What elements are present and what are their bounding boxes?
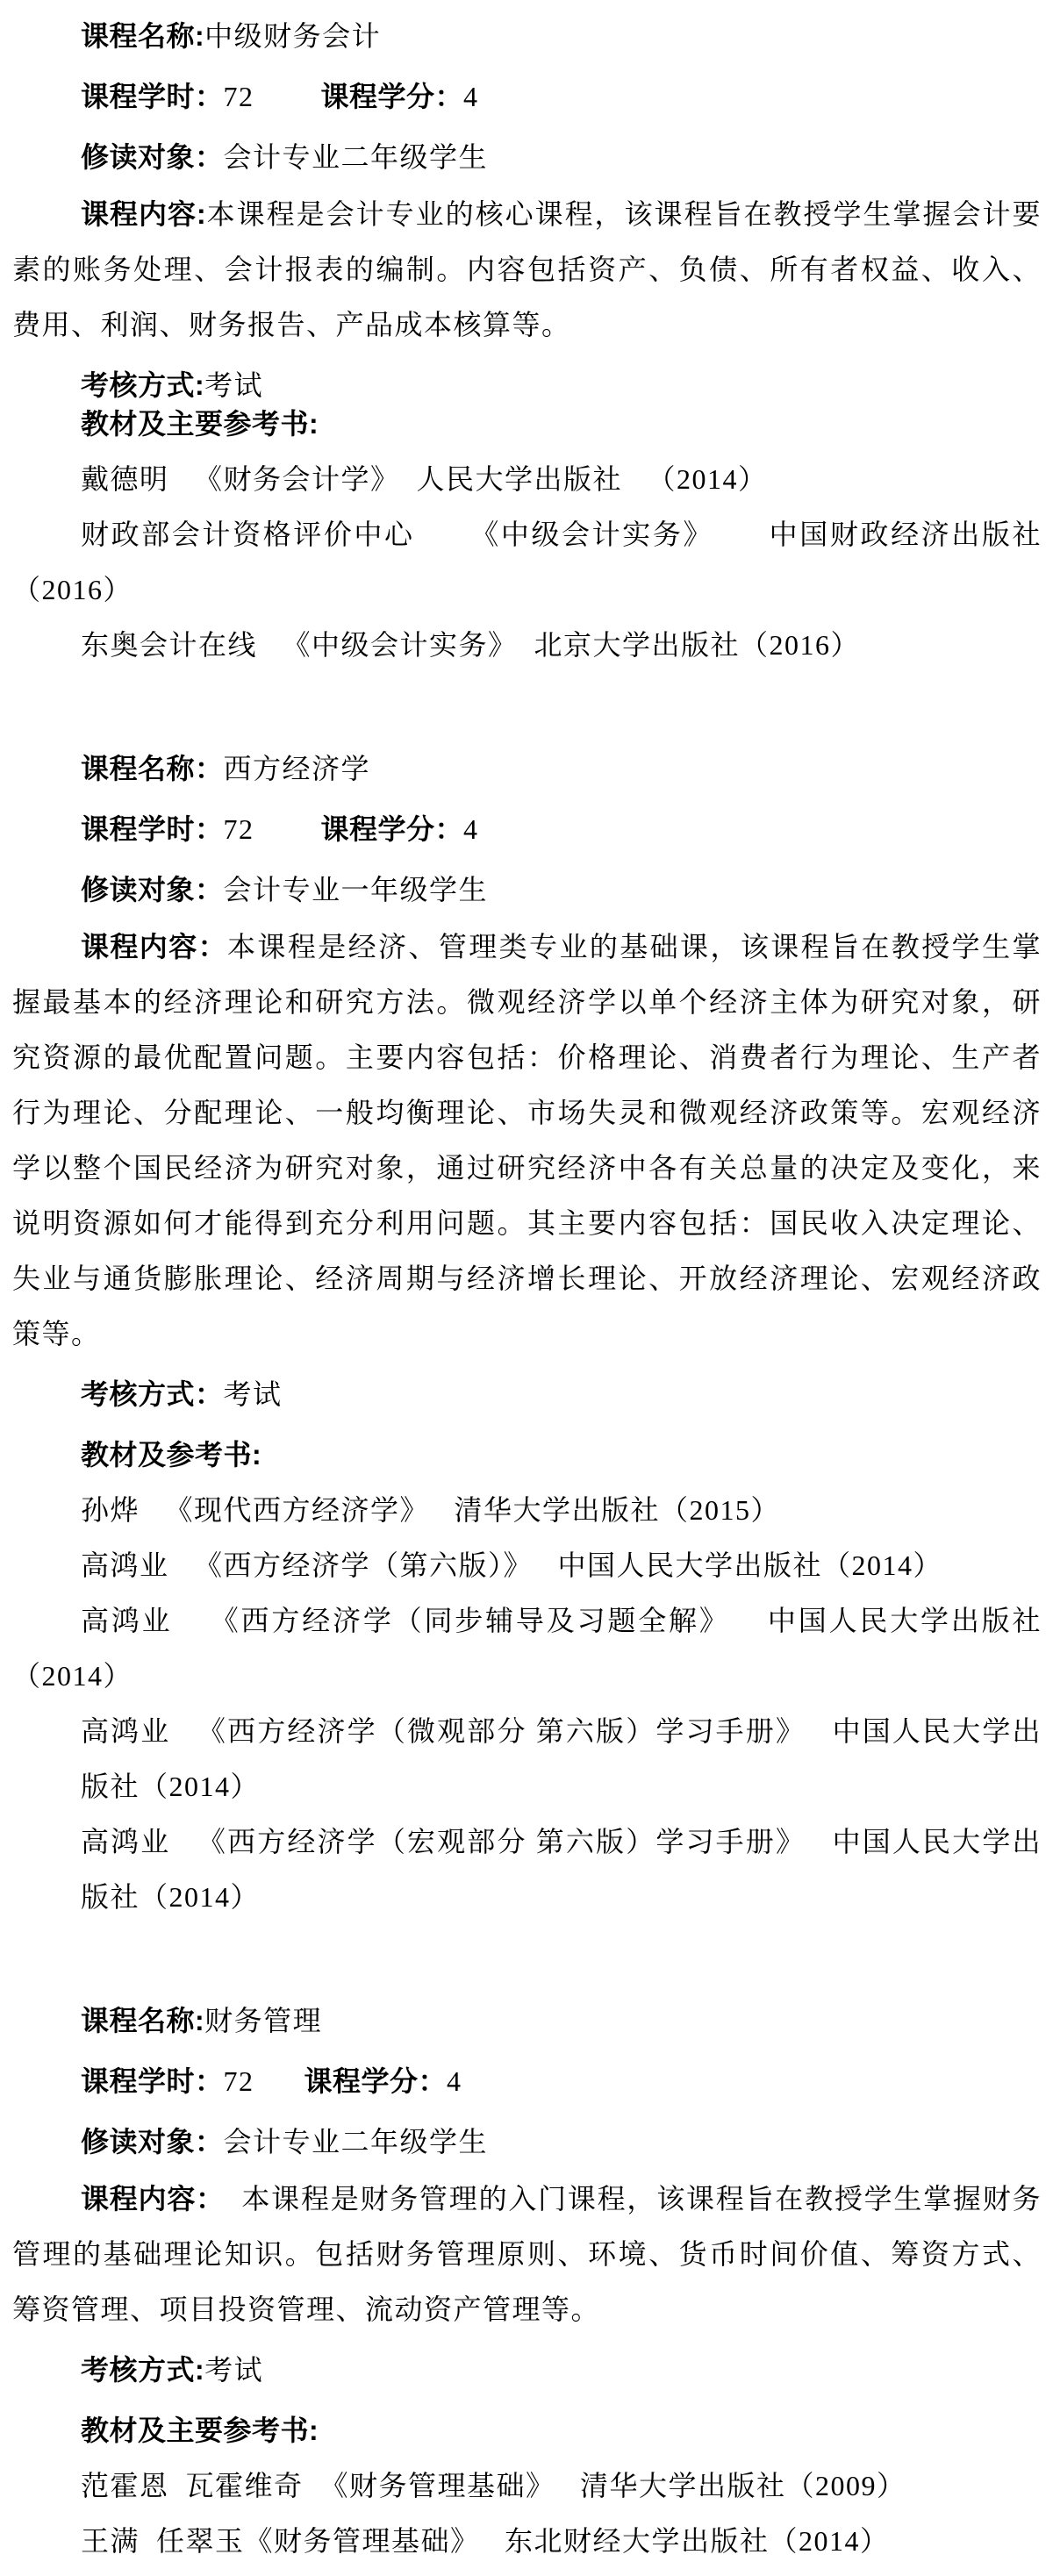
course-content-paragraph-line: 失业与通货膨胀理论、经济周期与经济增长理论、开放经济理论、宏观经济政 (12, 1251, 1042, 1306)
field-label: 课程名称： (81, 753, 224, 784)
field-label: 教材及主要参考书: (81, 408, 319, 440)
text-run: 策等。 (12, 1318, 101, 1349)
course-content-paragraph-end: 费用、利润、财务报告、产品成本核算等。 (12, 297, 1042, 353)
course-block: 课程名称:财务管理课程学时：72 课程学分：4修读对象：会计专业二年级学生课程内… (12, 1993, 1042, 2569)
text-run: （2014） (12, 1660, 133, 1692)
field-label: 修读对象： (81, 141, 224, 173)
reference-line: 东奥会计在线 《中级会计实务》 北京大学出版社（2016） (12, 618, 1042, 673)
syllabus-document-page: 课程名称:中级财务会计课程学时：72 课程学分：4修读对象：会计专业二年级学生课… (0, 0, 1053, 2576)
text-run: 筹资管理、项目投资管理、流动资产管理等。 (12, 2293, 600, 2325)
reference-continuation-line: 版社（2014） (12, 1759, 1042, 1814)
field-label: 课程学分： (321, 813, 464, 845)
text-run: 4 (463, 813, 479, 845)
field-label: 课程学时： (81, 81, 224, 112)
course-content-paragraph-start: 课程内容：本课程是经济、管理类专业的基础课，该课程旨在教授学生掌 (12, 919, 1042, 975)
course-field-line: 考核方式:考试 (12, 2343, 1042, 2398)
text-run: 中级财务会计 (204, 20, 381, 52)
reference-line: 高鸿业 《西方经济学（微观部分 第六版）学习手册》 中国人民大学出 (12, 1704, 1042, 1759)
text-run: 72 (224, 813, 321, 845)
course-field-line: 修读对象：会计专业一年级学生 (12, 862, 1042, 918)
text-run: 东奥会计在线 《中级会计实务》 北京大学出版社（2016） (81, 629, 860, 661)
text-run: 西方经济学 (224, 753, 371, 784)
course-field-line: 教材及参考书: (12, 1428, 1042, 1483)
field-label: 考核方式： (81, 1378, 224, 1410)
text-run: 范霍恩 瓦霍维奇 《财务管理基础》 清华大学出版社（2009） (81, 2470, 906, 2501)
text-run: 财政部会计资格评价中心 《中级会计实务》 中国财政经济出版社 (81, 519, 1042, 550)
course-content-paragraph-line: 素的账务处理、会计报表的编制。内容包括资产、负债、所有者权益、收入、 (12, 242, 1042, 297)
course-content-paragraph-line: 说明资源如何才能得到充分利用问题。其主要内容包括：国民收入决定理论、 (12, 1196, 1042, 1251)
field-label: 教材及主要参考书: (81, 2415, 319, 2446)
course-content-paragraph-start: 课程内容:本课程是会计专业的核心课程，该课程旨在教授学生掌握会计要 (12, 187, 1042, 242)
field-label: 考核方式: (81, 2354, 204, 2386)
text-run: 本课程是经济、管理类专业的基础课，该课程旨在教授学生掌 (227, 931, 1042, 962)
reference-continuation-line: （2016） (12, 562, 1042, 618)
text-run: 学以整个国民经济为研究对象，通过研究经济中各有关总量的决定及变化，来 (12, 1152, 1042, 1184)
course-field-line: 课程学时：72 课程学分：4 (12, 2054, 1042, 2109)
field-label: 课程名称: (81, 2005, 204, 2036)
course-content-paragraph-end: 筹资管理、项目投资管理、流动资产管理等。 (12, 2282, 1042, 2337)
course-field-line: 课程名称:财务管理 (12, 1993, 1042, 2049)
course-field-line: 课程学时：72 课程学分：4 (12, 802, 1042, 857)
course-field-line: 课程学时：72 课程学分：4 (12, 69, 1042, 125)
reference-continuation-line: （2014） (12, 1649, 1042, 1704)
reference-line: 财政部会计资格评价中心 《中级会计实务》 中国财政经济出版社 (12, 507, 1042, 562)
field-label: 课程学时： (81, 813, 224, 845)
text-run: 失业与通货膨胀理论、经济周期与经济增长理论、开放经济理论、宏观经济政 (12, 1263, 1042, 1294)
field-label: 课程学分： (321, 81, 464, 112)
text-run: 管理的基础理论知识。包括财务管理原则、环境、货币时间价值、筹资方式、 (12, 2238, 1042, 2270)
text-run: 费用、利润、财务报告、产品成本核算等。 (12, 309, 571, 340)
text-run: 版社（2014） (81, 1771, 260, 1802)
text-run: 王满 任翠玉《财务管理基础》 东北财经大学出版社（2014） (81, 2525, 890, 2557)
reference-line: 高鸿业 《西方经济学（同步辅导及习题全解》 中国人民大学出版社 (12, 1593, 1042, 1649)
text-run: 握最基本的经济理论和研究方法。微观经济学以单个经济主体为研究对象，研 (12, 986, 1042, 1018)
text-run: 高鸿业 《西方经济学（微观部分 第六版）学习手册》 中国人民大学出 (81, 1715, 1042, 1747)
text-run: 行为理论、分配理论、一般均衡理论、市场失灵和微观经济政策等。宏观经济 (12, 1097, 1042, 1128)
field-label: 课程学分： (304, 2065, 448, 2097)
course-block: 课程名称:中级财务会计课程学时：72 课程学分：4修读对象：会计专业二年级学生课… (12, 9, 1042, 673)
text-run: 72 (224, 2065, 304, 2097)
text-run: 72 (224, 81, 321, 112)
text-run: （2016） (12, 574, 133, 605)
text-run: 高鸿业 《西方经济学（第六版）》 中国人民大学出版社（2014） (81, 1549, 942, 1581)
course-field-line: 修读对象：会计专业二年级学生 (12, 130, 1042, 185)
course-content-paragraph-line: 行为理论、分配理论、一般均衡理论、市场失灵和微观经济政策等。宏观经济 (12, 1085, 1042, 1141)
text-run: 本课程是会计专业的核心课程，该课程旨在教授学生掌握会计要 (206, 198, 1042, 230)
reference-line: 高鸿业 《西方经济学（宏观部分 第六版）学习手册》 中国人民大学出 (12, 1814, 1042, 1870)
text-run: 孙烨 《现代西方经济学》 清华大学出版社（2015） (81, 1494, 780, 1526)
text-run: 考试 (224, 1378, 283, 1410)
field-label: 修读对象： (81, 874, 224, 905)
course-field-line: 修读对象：会计专业二年级学生 (12, 2114, 1042, 2170)
text-run: 戴德明 《财务会计学》 人民大学出版社 （2014） (81, 463, 768, 495)
course-content-paragraph-start: 课程内容： 本课程是财务管理的入门课程，该课程旨在教授学生掌握财务 (12, 2172, 1042, 2227)
text-run: 会计专业二年级学生 (224, 2126, 489, 2157)
text-run: 说明资源如何才能得到充分利用问题。其主要内容包括：国民收入决定理论、 (12, 1207, 1042, 1239)
course-field-line: 课程名称:中级财务会计 (12, 9, 1042, 64)
course-field-line: 考核方式：考试 (12, 1367, 1042, 1422)
textbooks-heading-line: 教材及主要参考书: (12, 397, 1042, 452)
text-run: 4 (463, 81, 479, 112)
reference-line: 高鸿业 《西方经济学（第六版）》 中国人民大学出版社（2014） (12, 1538, 1042, 1593)
text-run: 高鸿业 《西方经济学（宏观部分 第六版）学习手册》 中国人民大学出 (81, 1826, 1042, 1857)
field-label: 课程内容: (81, 198, 206, 230)
course-block: 课程名称：西方经济学课程学时：72 课程学分：4修读对象：会计专业一年级学生课程… (12, 741, 1042, 1925)
text-run: 版社（2014） (81, 1881, 260, 1913)
field-label: 课程学时： (81, 2065, 224, 2097)
text-run: 究资源的最优配置问题。主要内容包括：价格理论、消费者行为理论、生产者 (12, 1041, 1042, 1073)
text-run: 会计专业一年级学生 (224, 874, 489, 905)
reference-line: 范霍恩 瓦霍维奇 《财务管理基础》 清华大学出版社（2009） (12, 2458, 1042, 2514)
field-label: 课程内容： (81, 2183, 225, 2215)
reference-line: 戴德明 《财务会计学》 人民大学出版社 （2014） (12, 452, 1042, 507)
course-content-paragraph-line: 握最基本的经济理论和研究方法。微观经济学以单个经济主体为研究对象，研 (12, 975, 1042, 1030)
field-label: 教材及参考书: (81, 1439, 261, 1470)
field-label: 课程名称: (81, 20, 204, 52)
course-content-paragraph-line: 管理的基础理论知识。包括财务管理原则、环境、货币时间价值、筹资方式、 (12, 2227, 1042, 2282)
text-run: 财务管理 (204, 2005, 322, 2036)
text-run: 4 (447, 2065, 462, 2097)
reference-line: 孙烨 《现代西方经济学》 清华大学出版社（2015） (12, 1483, 1042, 1538)
text-run: 高鸿业 《西方经济学（同步辅导及习题全解》 中国人民大学出版社 (81, 1605, 1042, 1636)
reference-line: 王满 任翠玉《财务管理基础》 东北财经大学出版社（2014） (12, 2514, 1042, 2569)
course-field-line: 课程名称：西方经济学 (12, 741, 1042, 797)
field-label: 课程内容： (81, 931, 227, 962)
course-content-paragraph-line: 学以整个国民经济为研究对象，通过研究经济中各有关总量的决定及变化，来 (12, 1141, 1042, 1196)
text-run: 会计专业二年级学生 (224, 141, 489, 173)
course-field-line: 教材及主要参考书: (12, 2403, 1042, 2458)
course-content-paragraph-line: 究资源的最优配置问题。主要内容包括：价格理论、消费者行为理论、生产者 (12, 1030, 1042, 1085)
reference-continuation-line: 版社（2014） (12, 1870, 1042, 1925)
text-run: 本课程是财务管理的入门课程，该课程旨在教授学生掌握财务 (225, 2183, 1042, 2215)
course-content-paragraph-end: 策等。 (12, 1306, 1042, 1362)
text-run: 考试 (204, 2354, 263, 2386)
field-label: 修读对象： (81, 2126, 224, 2157)
text-run: 素的账务处理、会计报表的编制。内容包括资产、负债、所有者权益、收入、 (12, 254, 1042, 285)
